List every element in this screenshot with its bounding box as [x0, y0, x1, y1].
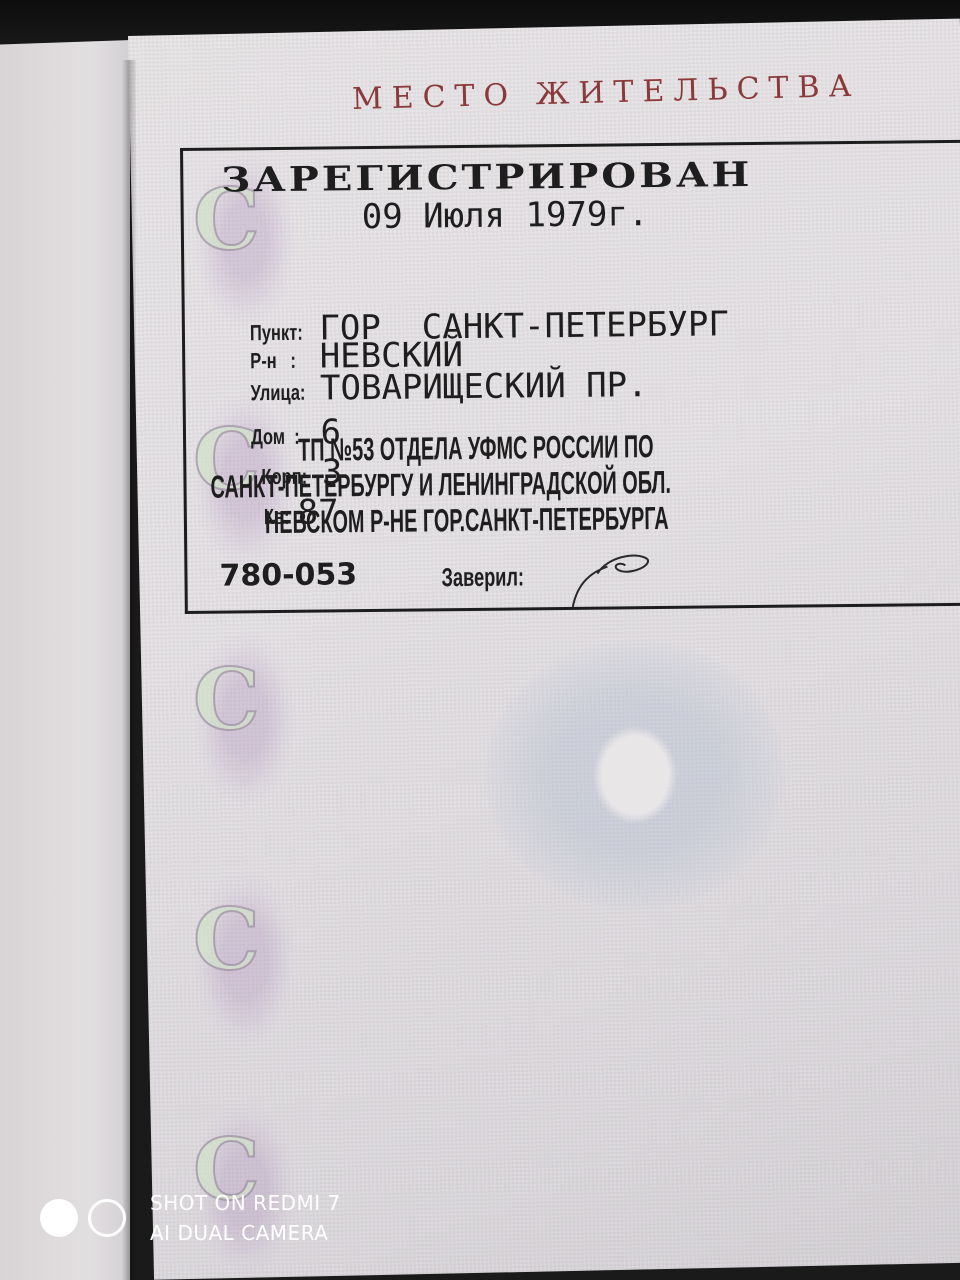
signature-icon — [567, 551, 658, 612]
field-value: ТОВАРИЩЕСКИЙ ПР. — [320, 365, 648, 408]
authority-code: 780-053 — [219, 557, 357, 593]
ornament-glyph: С — [193, 890, 260, 989]
camera-text: SHOT ON REDMI 7 AI DUAL CAMERA — [150, 1188, 341, 1248]
camera-line-2: AI DUAL CAMERA — [150, 1218, 341, 1248]
camera-watermark: SHOT ON REDMI 7 AI DUAL CAMERA — [40, 1188, 341, 1248]
camera-dot-filled-icon — [40, 1199, 78, 1237]
left-page — [0, 40, 130, 1280]
page-fold-shadow — [122, 60, 136, 1280]
field-label: Дом : — [250, 424, 303, 451]
stamp-heading: ЗАРЕГИСТРИРОВАН — [221, 155, 752, 201]
authority-line-3: НЕВСКОМ Р-НЕ ГОР.САНКТ-ПЕТЕРБУРГА — [265, 500, 669, 541]
registration-stamp: ЗАРЕГИСТРИРОВАН 09 Июля 1979г. Пункт:ГОР… — [180, 140, 960, 614]
authority-line-1: ТП №53 ОТДЕЛА УФМС РОССИИ ПО — [298, 428, 654, 469]
registration-date: 09 Июля 1979г. — [362, 194, 649, 237]
camera-line-1: SHOT ON REDMI 7 — [150, 1188, 341, 1218]
certified-label: Заверил: — [441, 561, 524, 593]
ornament-glyph: С — [193, 650, 260, 749]
authority-line-2: САНКТ-ПЕТЕРБУРГУ И ЛЕНИНГРАДСКОЙ ОБЛ. — [210, 464, 671, 506]
camera-dot-ring-icon — [88, 1199, 126, 1237]
security-watermark — [485, 640, 785, 910]
